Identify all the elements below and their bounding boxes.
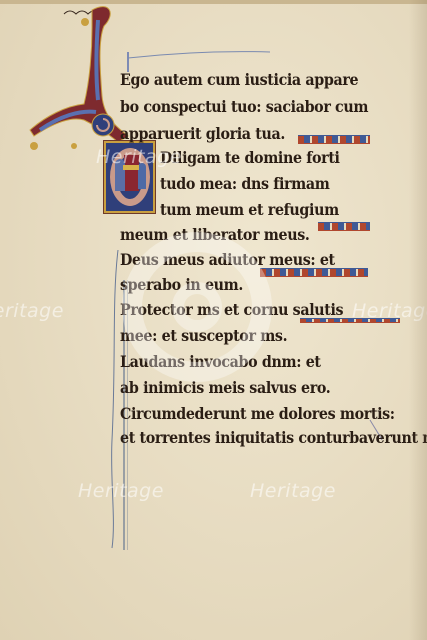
watermark-text: Heritage — [78, 480, 164, 502]
watermark-text: Heritage — [96, 146, 182, 168]
watermark-logo-inner — [172, 282, 222, 332]
manuscript-page: Ego autem cum iusticia appare bo conspec… — [0, 0, 427, 640]
watermark-text: Heritage — [352, 300, 427, 322]
text-line-2: bo conspectui tuo: saciabor cum — [120, 97, 368, 121]
text-line-1: Ego autem cum iusticia appare — [120, 70, 358, 94]
text-line-5: tudo mea: dns firmam — [160, 174, 329, 198]
text-line-13: ab inimicis meis salvus ero. — [120, 378, 330, 402]
text-line-4: Diligam te domine forti — [160, 148, 340, 172]
line-filler — [318, 222, 370, 231]
text-line-15: et torrentes iniquitatis conturbaverunt … — [120, 428, 427, 452]
watermark-text: Heritage — [0, 300, 64, 322]
line-filler — [260, 268, 368, 277]
watermark-text: Heritage — [250, 480, 336, 502]
line-filler — [298, 135, 370, 144]
text-line-3: apparuerit gloria tua. — [120, 124, 285, 148]
text-line-14: Circumdederunt me dolores mortis: — [120, 404, 395, 428]
text-line-6: tum meum et refugium — [160, 200, 339, 224]
